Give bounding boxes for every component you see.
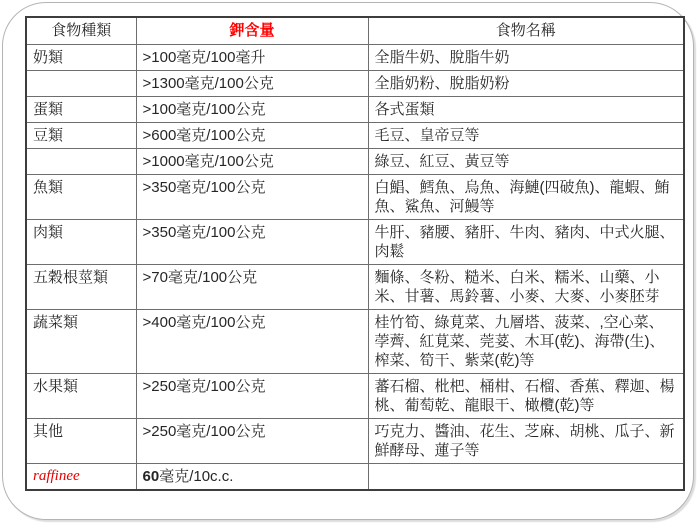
table-row: 其他>250毫克/100公克巧克力、醬油、花生、芝麻、胡桃、瓜子、新鮮酵母、蓮子… [26,419,684,464]
food-names-cell: 桂竹筍、綠莧菜、九層塔、菠菜、,空心菜、荸薺、紅莧菜、莞荽、木耳(乾)、海帶(生… [368,310,684,374]
food-names-cell: 全脂奶粉、脫脂奶粉 [368,71,684,97]
food-names-cell: 麵條、冬粉、糙米、白米、糯米、山藥、小米、甘薯、馬鈴薯、小麥、大麥、小麥胚芽 [368,265,684,310]
category-cell: 其他 [26,419,136,464]
table-row: 水果類>250毫克/100公克蕃石榴、枇杷、桶柑、石榴、香蕉、釋迦、楊桃、葡萄乾… [26,374,684,419]
food-names-cell: 巧克力、醬油、花生、芝麻、胡桃、瓜子、新鮮酵母、蓮子等 [368,419,684,464]
table-row: raffinee60毫克/10c.c. [26,464,684,491]
potassium-cell: >250毫克/100公克 [136,374,368,419]
table-row: 豆類>600毫克/100公克毛豆、皇帝豆等 [26,123,684,149]
category-cell [26,71,136,97]
category-cell: 五穀根莖類 [26,265,136,310]
header-row: 食物種類鉀含量食物名稱 [26,17,684,45]
table-row: 魚類>350毫克/100公克白鯧、鱈魚、烏魚、海鰱(四破魚)、龍蝦、鮪魚、鯊魚、… [26,175,684,220]
food-names-cell: 蕃石榴、枇杷、桶柑、石榴、香蕉、釋迦、楊桃、葡萄乾、龍眼干、橄欖(乾)等 [368,374,684,419]
column-header: 食物種類 [26,17,136,45]
food-names-cell: 綠豆、紅豆、黃豆等 [368,149,684,175]
table-row: >1300毫克/100公克全脂奶粉、脫脂奶粉 [26,71,684,97]
potassium-cell: >1000毫克/100公克 [136,149,368,175]
potassium-value: 毫克/10c.c. [159,468,233,485]
food-names-cell: 毛豆、皇帝豆等 [368,123,684,149]
food-names-cell: 各式蛋類 [368,97,684,123]
potassium-cell: >250毫克/100公克 [136,419,368,464]
category-cell: 水果類 [26,374,136,419]
table-row: 肉類>350毫克/100公克牛肝、豬腰、豬肝、牛肉、豬肉、中式火腿、肉鬆 [26,220,684,265]
food-names-cell: 白鯧、鱈魚、烏魚、海鰱(四破魚)、龍蝦、鮪魚、鯊魚、河鰻等 [368,175,684,220]
food-names-cell: 全脂牛奶、脫脂牛奶 [368,45,684,71]
table-row: 奶類>100毫克/100毫升全脂牛奶、脫脂牛奶 [26,45,684,71]
table-row: 蔬菜類>400毫克/100公克桂竹筍、綠莧菜、九層塔、菠菜、,空心菜、荸薺、紅莧… [26,310,684,374]
table-row: 五穀根莖類>70毫克/100公克麵條、冬粉、糙米、白米、糯米、山藥、小米、甘薯、… [26,265,684,310]
column-header: 食物名稱 [368,17,684,45]
table-header: 食物種類鉀含量食物名稱 [26,17,684,45]
column-header: 鉀含量 [136,17,368,45]
category-cell: 奶類 [26,45,136,71]
table-body: 奶類>100毫克/100毫升全脂牛奶、脫脂牛奶>1300毫克/100公克全脂奶粉… [26,45,684,491]
potassium-cell: >70毫克/100公克 [136,265,368,310]
slide: 食物種類鉀含量食物名稱 奶類>100毫克/100毫升全脂牛奶、脫脂牛奶>1300… [0,0,700,525]
potassium-cell: >350毫克/100公克 [136,220,368,265]
table-row: 蛋類>100毫克/100公克各式蛋類 [26,97,684,123]
category-cell: 蔬菜類 [26,310,136,374]
potassium-cell: >600毫克/100公克 [136,123,368,149]
potassium-cell: >100毫克/100公克 [136,97,368,123]
food-names-cell [368,464,684,491]
potassium-cell: >100毫克/100毫升 [136,45,368,71]
potassium-cell: >400毫克/100公克 [136,310,368,374]
category-cell: 豆類 [26,123,136,149]
category-cell: 蛋類 [26,97,136,123]
food-names-cell: 牛肝、豬腰、豬肝、牛肉、豬肉、中式火腿、肉鬆 [368,220,684,265]
category-cell: 肉類 [26,220,136,265]
table-row: >1000毫克/100公克綠豆、紅豆、黃豆等 [26,149,684,175]
potassium-value-bold: 60 [143,468,160,485]
potassium-table: 食物種類鉀含量食物名稱 奶類>100毫克/100毫升全脂牛奶、脫脂牛奶>1300… [25,16,685,491]
category-cell [26,149,136,175]
category-cell: 魚類 [26,175,136,220]
potassium-cell: >350毫克/100公克 [136,175,368,220]
category-cell: raffinee [26,464,136,491]
potassium-cell: >1300毫克/100公克 [136,71,368,97]
potassium-cell: 60毫克/10c.c. [136,464,368,491]
